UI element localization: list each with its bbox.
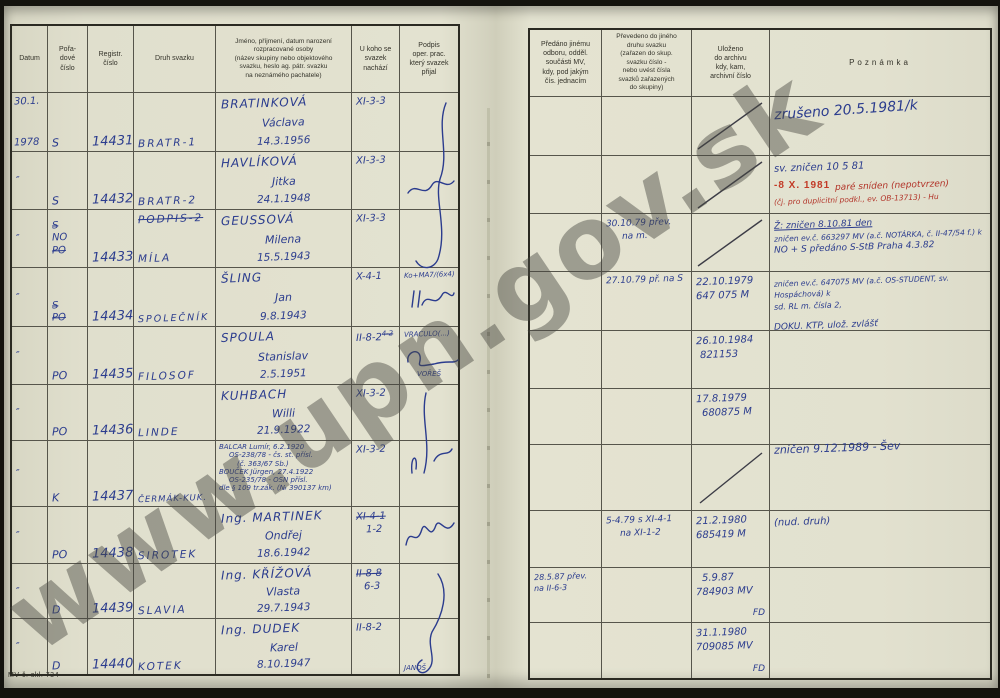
signature-icon: [404, 443, 454, 483]
header-u-koho: U koho se svazek nachází: [352, 26, 400, 92]
law-ref-text: dle § 109 tr.zák. (№ 390137 km): [219, 484, 348, 492]
poznamka-text: (nud. druh): [774, 510, 986, 528]
cell-jmeno: GEUSSOVÁ Milena 15.5.1943: [216, 210, 352, 267]
cell-ulozeno: [692, 97, 770, 155]
header-ulozeno: Uloženo do archivu kdy, kam, archivní čí…: [692, 30, 770, 96]
druh-text: SIROTEK: [138, 548, 211, 563]
cell-poznamka: [770, 389, 990, 444]
birthdate-text: 2.5.1951: [260, 367, 307, 381]
cell-podpis: [400, 441, 458, 506]
fd-mark-text: FD: [753, 663, 765, 675]
cell-ulozeno: [692, 445, 770, 510]
cell-poznamka: Ž: zničen 8.10.81 den zničen ev.č. 66329…: [770, 214, 990, 271]
cell-predano: [530, 445, 602, 510]
cell-podpis: [400, 93, 458, 151]
poradove-text: NO: [52, 232, 83, 246]
podpis-name-text: VOŘEŠ: [417, 370, 441, 378]
cell-druh: FILOSOF: [134, 327, 216, 384]
cell-ulozeno: 22.10.1979 647 075 M: [692, 272, 770, 330]
cell-u-koho: II-8-2: [352, 619, 400, 674]
subject1-note-text: OS-238/78 - čs. st. přísl.: [219, 451, 348, 459]
givenname-text: Jitka: [271, 174, 295, 188]
cell-datum: ″: [12, 268, 48, 326]
cell-prevedeno: [602, 389, 692, 444]
cell-poznamka: (nud. druh): [770, 511, 990, 567]
ukoho-text: XI-3-2: [356, 443, 395, 455]
table-row: 28.5.87 přev. na II-6-3 5.9.87 784903 MV…: [530, 567, 990, 622]
cell-poradove: PO: [48, 327, 88, 384]
registr-text: 14439: [92, 600, 130, 616]
table-row: ″ S 14432 BRATR-2 HAVLÍKOVÁ Jitka 24.1.1…: [12, 151, 458, 209]
poradove-text: D: [52, 602, 83, 616]
cell-podpis: VRACULO(...) VOŘEŠ: [400, 327, 458, 384]
cell-poradove: K: [48, 441, 88, 506]
cell-u-koho: X-4-1: [352, 268, 400, 326]
header-registr-cislo: Registr. číslo: [88, 26, 134, 92]
cell-poradove: D: [48, 619, 88, 674]
table-row: ″ D 14439 SLAVIA Ing. KŘÍŽOVÁ Vlasta 29.…: [12, 563, 458, 618]
cell-poradove: D: [48, 564, 88, 618]
cell-druh: SIROTEK: [134, 507, 216, 563]
cell-poznamka: zrušeno 20.5.1981/k: [770, 97, 990, 155]
right-header-row: Předáno jinému odboru, odděl. součásti M…: [530, 30, 990, 96]
cell-jmeno: KUHBACH Willi 21.9.1922: [216, 385, 352, 440]
table-row: zničen 9.12.1989 - Šev: [530, 444, 990, 510]
datum-ditto: ″: [16, 175, 43, 187]
cell-ulozeno: [692, 156, 770, 213]
surname-text: ŠLING: [221, 270, 263, 285]
cell-predano: 28.5.87 přev. na II-6-3: [530, 568, 602, 622]
signature-icon: [404, 568, 458, 676]
cell-druh: SPOLEČNÍK: [134, 268, 216, 326]
cell-poradove: S NO PO: [48, 210, 88, 267]
prevedeno-text: na XI-1-2: [606, 525, 687, 540]
cell-poznamka: zničen 9.12.1989 - Šev: [770, 445, 990, 510]
signature-brace-icon: [402, 97, 458, 275]
header-poznamka: Poznámka: [770, 30, 990, 96]
ukoho-text: II-8-2: [356, 621, 395, 633]
cell-jmeno: Ing. DUDEK Karel 8.10.1947: [216, 619, 352, 674]
predano-text: na II-6-3: [534, 581, 597, 594]
cell-registr: 14433: [88, 210, 134, 267]
cell-u-koho: XI-3-3: [352, 93, 400, 151]
podpis-note-text: VRACULO(...): [404, 329, 454, 339]
cell-registr: 14436: [88, 385, 134, 440]
cell-ulozeno: 5.9.87 784903 MV FD: [692, 568, 770, 622]
ukoho-correction-text: 4-2: [382, 329, 394, 337]
cell-registr: 14438: [88, 507, 134, 563]
druh-text: BRATR-2: [138, 194, 211, 209]
cell-registr: 14437: [88, 441, 134, 506]
cell-poradove: PO: [48, 385, 88, 440]
cell-podpis: [400, 564, 458, 618]
givenname-text: Stanislav: [258, 349, 309, 364]
druh-text: ČERMÁK-KUK.: [138, 493, 211, 506]
birthdate-text: 9.8.1943: [260, 309, 307, 323]
registr-text: 14433: [92, 249, 130, 265]
druh-text: MÍLA: [138, 251, 211, 266]
druh-text: FILOSOF: [138, 369, 211, 384]
surname-text: HAVLÍKOVÁ: [221, 154, 298, 171]
cell-u-koho: II-8-8 6-3: [352, 564, 400, 618]
cell-predano: [530, 623, 602, 678]
poradove-text: PO: [52, 547, 83, 561]
table-row: ″ PO 14436 LINDE KUHBACH Willi 21.9.1922…: [12, 384, 458, 440]
table-row: ″ K 14437 ČERMÁK-KUK. BALCAR Lumír, 6.2.…: [12, 440, 458, 506]
subject2-text: BOUČEK Jürgen, 27.4.1922: [219, 468, 348, 476]
cell-druh: PODPIS-2 MÍLA: [134, 210, 216, 267]
cell-druh: BRATR-2: [134, 152, 216, 209]
cell-u-koho: XI-3-2: [352, 385, 400, 440]
slash-mark-icon: [692, 216, 768, 270]
ukoho-text: XI-3-3: [356, 95, 395, 107]
cell-u-koho: XI-3-2: [352, 441, 400, 506]
registr-text: 14437: [92, 488, 130, 504]
druh-text: LINDE: [138, 425, 211, 440]
druh-struck-text: PODPIS-2: [138, 212, 211, 227]
cell-jmeno: SPOULA Stanislav 2.5.1951: [216, 327, 352, 384]
form-number: MV č. skl. 734: [8, 672, 59, 679]
fd-mark-text: FD: [753, 607, 765, 619]
header-predano: Předáno jinému odboru, odděl. součásti M…: [530, 30, 602, 96]
surname-text: KUHBACH: [221, 387, 288, 403]
cell-ulozeno: [692, 214, 770, 271]
datum-ditto: ″: [16, 233, 43, 245]
header-jmeno: Jméno, příjmení, datum narození rozpraco…: [216, 26, 352, 92]
cell-ulozeno: 17.8.1979 680875 M: [692, 389, 770, 444]
registr-text: 14436: [92, 422, 130, 438]
table-row: 30.10.79 přev. na m. Ž: zničen 8.10.81 d…: [530, 213, 990, 271]
druh-text: BRATR-1: [138, 136, 211, 151]
cell-poradove: S: [48, 152, 88, 209]
poznamka-text: zrušeno 20.5.1981/k: [774, 93, 987, 124]
left-page-table: Datum Pořa- dové číslo Registr. číslo Dr…: [10, 24, 460, 676]
ukoho-text: X-4-1: [356, 270, 395, 282]
table-row: ″ S PO 14434 SPOLEČNÍK ŠLING Jan 9.8.194…: [12, 267, 458, 326]
cell-datum: ″: [12, 152, 48, 209]
cell-predano: [530, 389, 602, 444]
header-poradove-cislo: Pořa- dové číslo: [48, 26, 88, 92]
givenname-text: Jan: [275, 291, 292, 305]
header-druh-svazku: Druh svazku: [134, 26, 216, 92]
table-row: sv. zničen 10 5 81 -8 X. 1981 paré sníde…: [530, 155, 990, 213]
registr-text: 14438: [92, 545, 130, 561]
poradove-text: PO: [52, 368, 83, 382]
birthdate-text: 8.10.1947: [257, 657, 311, 671]
cell-poznamka: sv. zničen 10 5 81 -8 X. 1981 paré sníde…: [770, 156, 990, 213]
ukoho-text: II-8-24-2: [356, 329, 395, 344]
cell-podpis: [400, 385, 458, 440]
left-header-row: Datum Pořa- dové číslo Registr. číslo Dr…: [12, 26, 458, 92]
cell-poradove: S: [48, 93, 88, 151]
givenname-text: Willi: [272, 406, 296, 420]
cell-jmeno: ŠLING Jan 9.8.1943: [216, 268, 352, 326]
cell-u-koho: XI-4-1 1-2: [352, 507, 400, 563]
table-row: 17.8.1979 680875 M: [530, 388, 990, 444]
surname-text: BRATINKOVÁ: [221, 94, 308, 111]
cell-predano: [530, 511, 602, 567]
datum-ditto: ″: [16, 407, 43, 419]
datum-ditto: ″: [16, 529, 43, 541]
cell-registr: 14432: [88, 152, 134, 209]
cell-prevedeno: [602, 156, 692, 213]
table-row: zrušeno 20.5.1981/k: [530, 96, 990, 155]
givenname-text: Václava: [262, 115, 305, 129]
cell-jmeno: Ing. KŘÍŽOVÁ Vlasta 29.7.1943: [216, 564, 352, 618]
ukoho-text: 1-2: [356, 522, 395, 536]
registr-text: 14435: [92, 366, 130, 382]
subject1-text: BALCAR Lumír, 6.2.1920: [219, 443, 348, 451]
signature-icon: [404, 283, 456, 313]
surname-text: Ing. KŘÍŽOVÁ: [221, 565, 313, 582]
cell-podpis: [400, 507, 458, 563]
table-row: ″ PO 14435 FILOSOF SPOULA Stanislav 2.5.…: [12, 326, 458, 384]
surname-text: Ing. MARTINEK: [221, 508, 323, 526]
cell-registr: 14431: [88, 93, 134, 151]
birthdate-text: 18.6.1942: [257, 546, 311, 560]
druh-text: SLAVIA: [138, 603, 211, 618]
cell-druh: ČERMÁK-KUK.: [134, 441, 216, 506]
cell-predano: [530, 97, 602, 155]
cell-poradove: S PO: [48, 268, 88, 326]
cell-registr: 14434: [88, 268, 134, 326]
givenname-text: Milena: [265, 232, 302, 246]
cell-ulozeno: 26.10.1984 821153: [692, 331, 770, 388]
registry-book-scan: Datum Pořa- dové číslo Registr. číslo Dr…: [0, 0, 1000, 698]
cell-predano: [530, 331, 602, 388]
registr-text: 14434: [92, 308, 130, 324]
cell-poznamka: [770, 568, 990, 622]
datum-year-text: 1978: [14, 136, 45, 148]
prevedeno-text: na m.: [606, 228, 687, 243]
cell-poradove: PO: [48, 507, 88, 563]
cell-registr: 14435: [88, 327, 134, 384]
cell-u-koho: XI-3-3: [352, 152, 400, 209]
cell-prevedeno: [602, 331, 692, 388]
table-row: 31.1.1980 709085 MV FD: [530, 622, 990, 678]
surname-text: SPOULA: [221, 329, 275, 345]
slash-mark-icon: [692, 99, 768, 153]
cell-registr: 14439: [88, 564, 134, 618]
slash-mark-icon: [692, 447, 768, 507]
cell-datum: ″: [12, 619, 48, 674]
table-row: ″ D 14440 KOTEK Ing. DUDEK Karel 8.10.19…: [12, 618, 458, 674]
druh-text: KOTEK: [138, 659, 211, 674]
cell-datum: 30.1. 1978: [12, 93, 48, 151]
cell-datum: ″: [12, 385, 48, 440]
registr-text: 14440: [92, 656, 130, 672]
ukoho-text: XI-3-2: [356, 387, 395, 399]
cell-registr: 14440: [88, 619, 134, 674]
givenname-text: Ondřej: [265, 528, 302, 542]
cell-predano: [530, 272, 602, 330]
poradove-text: D: [52, 658, 83, 672]
cell-ulozeno: 31.1.1980 709085 MV FD: [692, 623, 770, 678]
birthdate-text: 21.9.1922: [257, 423, 311, 437]
cell-datum: ″: [12, 441, 48, 506]
datum-ditto: ″: [16, 641, 43, 653]
table-row: ″ S NO PO 14433 PODPIS-2 MÍLA GEUSSOVÁ M…: [12, 209, 458, 267]
datum-ditto: ″: [16, 350, 43, 362]
slash-mark-icon: [692, 158, 768, 212]
cell-druh: BRATR-1: [134, 93, 216, 151]
archiv-cislo-text: 647 075 M: [696, 287, 765, 303]
datum-ditto: ″: [16, 468, 43, 480]
cell-u-koho: II-8-24-2: [352, 327, 400, 384]
archiv-cislo-text: 784903 MV: [696, 583, 765, 599]
cell-prevedeno: [602, 445, 692, 510]
cell-jmeno: BALCAR Lumír, 6.2.1920 OS-238/78 - čs. s…: [216, 441, 352, 506]
cell-u-koho: XI-3-3: [352, 210, 400, 267]
poradove-struck-text: S: [52, 299, 83, 312]
archiv-cislo-text: 709085 MV: [696, 638, 765, 654]
header-podpis: Podpis oper. prac. který svazek přijal: [400, 26, 458, 92]
cell-druh: LINDE: [134, 385, 216, 440]
cell-datum: ″: [12, 327, 48, 384]
datum-text: 30.1.: [14, 95, 45, 107]
poradove-text: S: [52, 135, 83, 149]
table-row: 5-4.79 s XI-4-1 na XI-1-2 21.2.1980 6854…: [530, 510, 990, 567]
poradove-text: K: [52, 490, 83, 504]
subject1-law-text: (č. 363/67 Sb.): [219, 460, 348, 468]
birthdate-text: 29.7.1943: [257, 601, 311, 615]
ukoho-text: 6-3: [356, 579, 395, 593]
cell-datum: ″: [12, 210, 48, 267]
cell-jmeno: BRATINKOVÁ Václava 14.3.1956: [216, 93, 352, 151]
cell-predano: [530, 156, 602, 213]
poradove-struck-text: PO: [52, 244, 83, 258]
table-row: 26.10.1984 821153: [530, 330, 990, 388]
cell-prevedeno: [602, 623, 692, 678]
surname-text: Ing. DUDEK: [221, 621, 301, 638]
signature-icon: [402, 515, 456, 555]
datum-ditto: ″: [16, 291, 43, 303]
cell-prevedeno: [602, 97, 692, 155]
archiv-cislo-text: 821153: [696, 347, 765, 363]
cell-jmeno: HAVLÍKOVÁ Jitka 24.1.1948: [216, 152, 352, 209]
archiv-cislo-text: 685419 M: [696, 526, 765, 542]
cell-prevedeno: 30.10.79 přev. na m.: [602, 214, 692, 271]
ukoho-text: XI-3-3: [356, 154, 395, 166]
right-page-table: Předáno jinému odboru, odděl. součásti M…: [528, 28, 992, 680]
surname-text: GEUSSOVÁ: [221, 212, 295, 229]
cell-ulozeno: 21.2.1980 685419 M: [692, 511, 770, 567]
cell-druh: SLAVIA: [134, 564, 216, 618]
cell-prevedeno: 27.10.79 př. na S: [602, 272, 692, 330]
registr-text: 14431: [92, 133, 130, 149]
binding-seam: [487, 108, 490, 680]
table-row: ″ PO 14438 SIROTEK Ing. MARTINEK Ondřej …: [12, 506, 458, 563]
table-row: 30.1. 1978 S 14431 BRATR-1 BRATINKOVÁ Vá…: [12, 92, 458, 151]
datum-ditto: ″: [16, 585, 43, 597]
cell-poznamka: [770, 331, 990, 388]
cell-datum: ″: [12, 507, 48, 563]
table-row: 27.10.79 př. na S 22.10.1979 647 075 M z…: [530, 271, 990, 330]
header-prevedeno: Převedeno do jiného druhu svazku (zařaze…: [602, 30, 692, 96]
cell-poznamka: [770, 623, 990, 678]
cell-prevedeno: 5-4.79 s XI-4-1 na XI-1-2: [602, 511, 692, 567]
cell-prevedeno: [602, 568, 692, 622]
birthdate-text: 14.3.1956: [257, 134, 311, 148]
date-stamp: -8 X. 1981: [774, 180, 830, 191]
poradove-text: PO: [52, 424, 83, 438]
givenname-text: Karel: [269, 640, 297, 654]
cell-datum: ″: [12, 564, 48, 618]
druh-text: SPOLEČNÍK: [138, 312, 211, 326]
archiv-cislo-text: 680875 M: [696, 405, 765, 421]
givenname-text: Vlasta: [266, 584, 301, 598]
registr-text: 14432: [92, 191, 130, 207]
cell-druh: KOTEK: [134, 619, 216, 674]
header-datum: Datum: [12, 26, 48, 92]
cell-jmeno: Ing. MARTINEK Ondřej 18.6.1942: [216, 507, 352, 563]
subject2-note-text: OS-235/78 - OSN přísl.: [219, 476, 348, 484]
cell-podpis: Ko+MA7/(6x4): [400, 268, 458, 326]
prevedeno-text: 27.10.79 př. na S: [606, 274, 687, 287]
cell-predano: [530, 214, 602, 271]
poradove-text: S: [52, 193, 83, 207]
birthdate-text: 15.5.1943: [257, 250, 311, 264]
cell-poznamka: zničen ev.č. 647075 MV (a.č. OS-STUDENT,…: [770, 272, 990, 330]
poradove-struck-text: PO: [52, 311, 83, 324]
signature-icon: [404, 344, 458, 370]
birthdate-text: 24.1.1948: [257, 192, 311, 206]
ukoho-text: XI-3-3: [356, 212, 395, 224]
